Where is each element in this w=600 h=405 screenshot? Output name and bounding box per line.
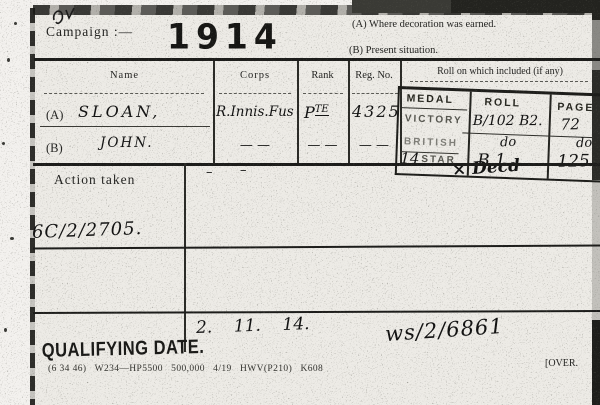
- action-column-divider: [184, 163, 186, 352]
- medal-name-british: BRITISH: [404, 136, 458, 149]
- scan-speck: [10, 237, 14, 240]
- row-b-corps-dashes: — —: [213, 138, 297, 153]
- medal-box-header-page: PAGE: [557, 101, 594, 114]
- note-present-situation: (B) Present situation.: [349, 45, 438, 56]
- print-code: (6 34 46) W234—HP5500 500,000 4/19 HWV(P…: [48, 364, 323, 374]
- victory-page-value: 72: [561, 115, 580, 133]
- medal-box-header-medal: MEDAL: [406, 92, 454, 106]
- british-roll-ditto: do: [500, 135, 517, 151]
- handwritten-tick-icon: [50, 6, 84, 30]
- scan-speck: [7, 58, 10, 62]
- qualifying-date-label: QUALIFYING DATE.: [42, 336, 205, 363]
- column-header-roll: Roll on which included (if any): [404, 66, 596, 77]
- campaign-year: 1914: [167, 16, 283, 57]
- rows-bottom-rule: [33, 163, 600, 166]
- header-rule: [34, 58, 600, 61]
- over-label: [OVER.: [545, 358, 578, 369]
- rank-superscript: TE: [315, 104, 329, 116]
- row-a-rank-value: PTE: [304, 103, 329, 122]
- header-underline: [352, 93, 398, 94]
- column-header-rank: Rank: [297, 70, 348, 81]
- pencil-mark: –: [206, 165, 213, 180]
- action-taken-label: Action taken: [54, 172, 135, 188]
- medal-box-header-roll: ROLL: [484, 96, 521, 109]
- row-a-name-value: SLOAN,: [78, 102, 160, 121]
- header-underline: [219, 93, 291, 94]
- british-page-ditto: do: [576, 136, 593, 152]
- row-b-name-value: JOHN.: [100, 135, 154, 151]
- scan-speck: [2, 142, 5, 145]
- row-b-label: (B): [46, 141, 63, 156]
- pencil-mark: –: [240, 163, 247, 178]
- column-header-corps: Corps: [213, 70, 297, 81]
- action-reference-value: 6C/2/2705.: [32, 218, 143, 243]
- header-underline: [44, 93, 204, 94]
- row-a-corps-value: R.Innis.Fus: [216, 104, 294, 120]
- rank-main: P: [304, 103, 315, 122]
- scan-speck: [14, 22, 17, 25]
- column-header-name: Name: [36, 70, 213, 81]
- victory-roll-value: B/102 B2.: [473, 113, 543, 129]
- qualifying-date-value: 2. 11. 14.: [196, 314, 310, 338]
- header-underline: [303, 93, 343, 94]
- medal-box-header-rule: [401, 107, 467, 110]
- row-a-name-underline: [40, 126, 210, 127]
- star-page-value: 125: [557, 151, 590, 172]
- column-header-reg-no: Reg. No.: [348, 70, 400, 81]
- roll-header-underline: [410, 81, 588, 82]
- scan-speck: [4, 328, 7, 332]
- medal-index-card-scan: Campaign :— 1914 (A) Where decoration wa…: [0, 0, 600, 405]
- scan-left-edge: [30, 8, 35, 405]
- row-a-label: (A): [46, 108, 63, 123]
- medal-name-victory: VICTORY: [405, 113, 463, 126]
- row-a-reg-no-value: 4325: [352, 102, 401, 121]
- row-b-rank-dashes: — —: [297, 138, 348, 153]
- scan-top-right-block: [352, 0, 600, 13]
- row-b-reg-dashes: — —: [348, 138, 400, 153]
- note-where-decoration-earned: (A) Where decoration was earned.: [352, 19, 496, 30]
